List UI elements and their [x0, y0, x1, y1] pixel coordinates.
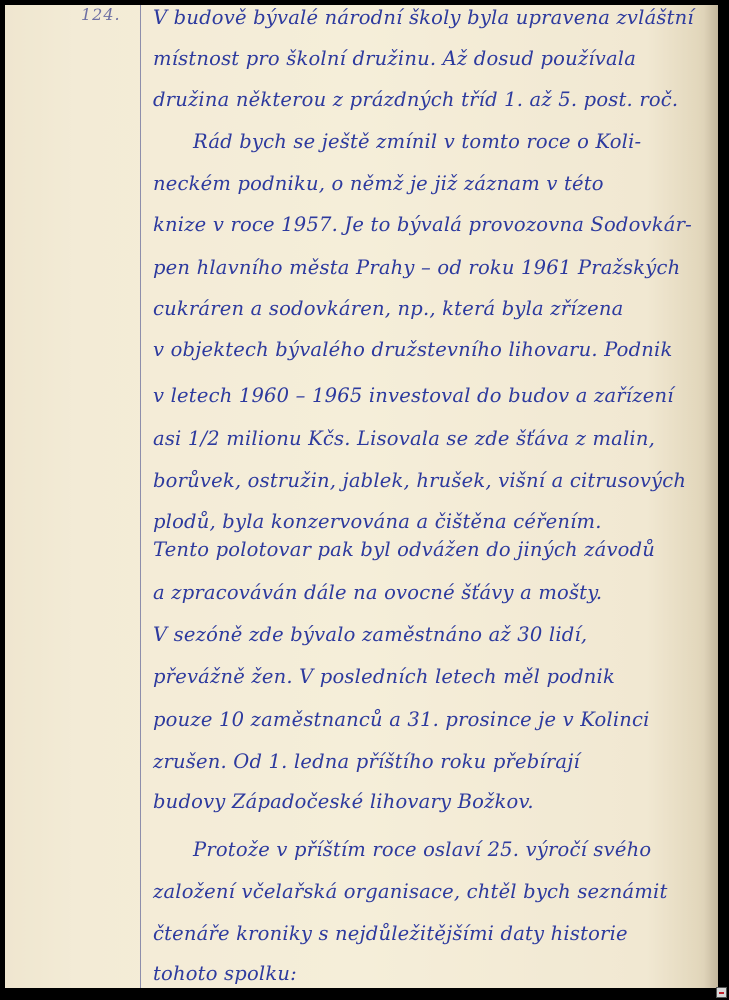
page-number: 124.: [81, 5, 121, 24]
text-line: Tento polotovar pak byl odvážen do jinýc…: [153, 538, 655, 561]
text-line: neckém podniku, o němž je již záznam v t…: [153, 172, 604, 195]
binding-shadow: [704, 5, 718, 988]
text-line: v letech 1960 – 1965 investoval do budov…: [153, 384, 674, 407]
text-line: založení včelařská organisace, chtěl byc…: [153, 880, 668, 903]
text-line: Rád bych se ještě zmínil v tomto roce o …: [193, 130, 641, 153]
text-line: plodů, byla konzervována a čištěna céřen…: [153, 510, 602, 533]
text-line: asi 1/2 milionu Kčs. Lisovala se zde šťá…: [153, 427, 655, 450]
text-line: místnost pro školní družinu. Až dosud po…: [153, 47, 636, 70]
text-line: Protože v příštím roce oslaví 25. výročí…: [193, 838, 651, 861]
text-line: tohoto spolku:: [153, 962, 297, 985]
text-line: knize v roce 1957. Je to bývalá provozov…: [153, 213, 692, 236]
text-line: čtenáře kroniky s nejdůležitějšími daty …: [153, 922, 628, 945]
text-line: V sezóně zde bývalo zaměstnáno až 30 lid…: [153, 623, 587, 646]
text-line: borůvek, ostružin, jablek, hrušek, višní…: [153, 469, 686, 492]
text-line: převážně žen. V posledních letech měl po…: [153, 665, 615, 688]
text-line: družina některou z prázdných tříd 1. až …: [153, 88, 678, 111]
text-line: pouze 10 zaměstnanců a 31. prosince je v…: [153, 708, 650, 731]
text-line: zrušen. Od 1. ledna příštího roku přebír…: [153, 750, 580, 773]
text-line: v objektech bývalého družstevního lihova…: [153, 338, 673, 361]
text-line: V budově bývalé národní školy byla uprav…: [153, 6, 694, 29]
text-line: pen hlavního města Prahy – od roku 1961 …: [153, 256, 680, 279]
margin-line: [140, 5, 141, 988]
text-line: a zpracováván dále na ovocné šťávy a moš…: [153, 581, 602, 604]
viewer-frame: 124. V budově bývalé národní školy byla …: [0, 0, 729, 1000]
text-line: cukráren a sodovkáren, np., která byla z…: [153, 297, 624, 320]
text-line: budovy Západočeské lihovary Božkov.: [153, 790, 534, 813]
minimize-icon[interactable]: [716, 987, 727, 998]
chronicle-page: 124. V budově bývalé národní školy byla …: [5, 5, 718, 988]
